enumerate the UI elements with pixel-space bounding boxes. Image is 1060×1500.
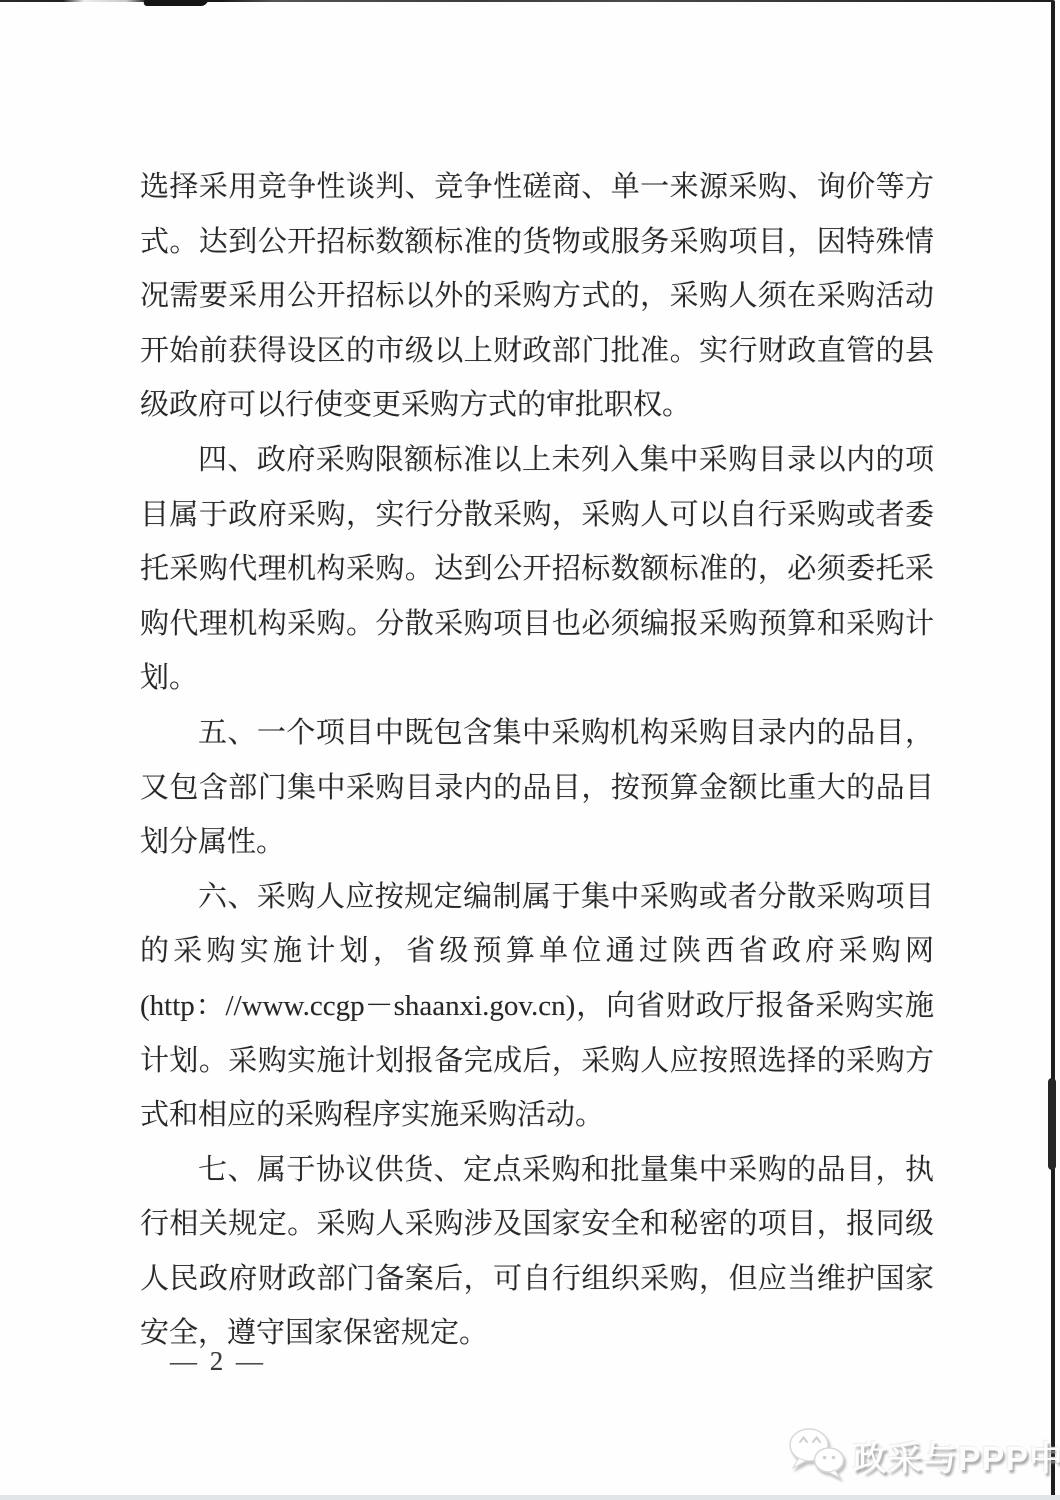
scan-border-bottom — [0, 1495, 1060, 1500]
scan-border-right-bulge — [1048, 1078, 1056, 1170]
paragraph-item-6: 六、采购人应按规定编制属于集中采购或者分散采购项目的采购实施计划，省级预算单位通… — [140, 870, 934, 1143]
paragraph-item-7: 七、属于协议供货、定点采购和批量集中采购的品目，执行相关规定。采购人采购涉及国家… — [140, 1143, 934, 1361]
paragraph-item-4: 四、政府采购限额标准以上未列入集中采购目录以内的项目属于政府采购，实行分散采购，… — [140, 433, 934, 706]
watermark: 政采与PPP中心 — [788, 1426, 1060, 1485]
scanned-document-page: 选择采用竞争性谈判、竞争性磋商、单一来源采购、询价等方式。达到公开招标数额标准的… — [0, 0, 1060, 1500]
document-body: 选择采用竞争性谈判、竞争性磋商、单一来源采购、询价等方式。达到公开招标数额标准的… — [140, 160, 934, 1372]
scan-artifact-blob — [141, 0, 208, 6]
watermark-label: 政采与PPP中心 — [853, 1431, 1060, 1480]
page-number: — 2 — — [170, 1346, 266, 1377]
paragraph-item-5: 五、一个项目中既包含集中采购机构采购目录内的品目，又包含部门集中采购目录内的品目… — [140, 706, 934, 870]
wechat-bubbles-icon — [788, 1426, 846, 1485]
paragraph-continuation: 选择采用竞争性谈判、竞争性磋商、单一来源采购、询价等方式。达到公开招标数额标准的… — [140, 160, 934, 433]
scan-border-right — [1051, 0, 1055, 1500]
